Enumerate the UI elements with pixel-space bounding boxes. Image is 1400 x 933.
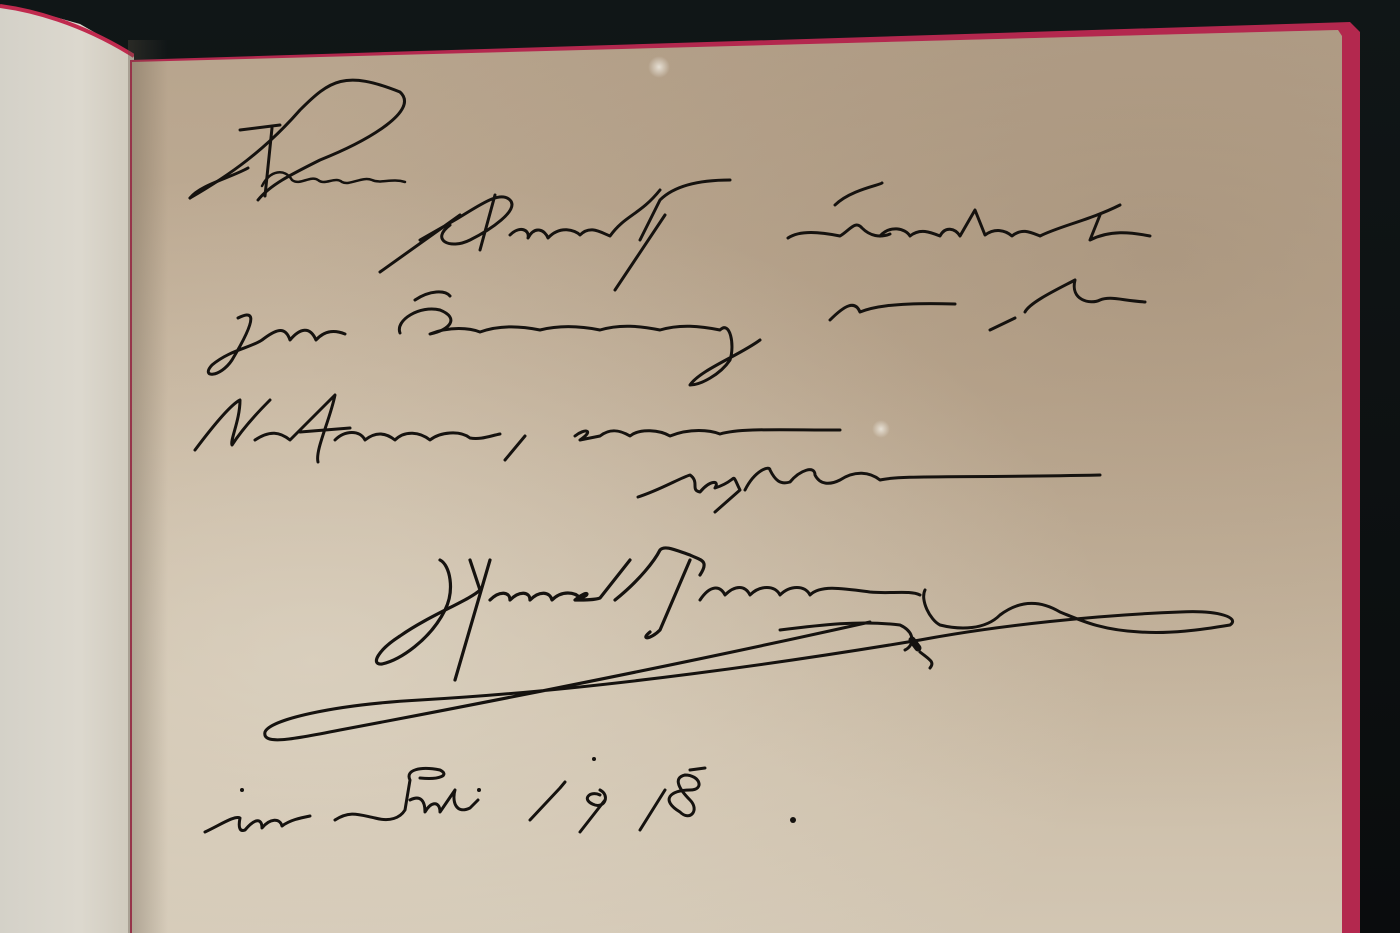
inscription-date: im Juli 1918.	[205, 770, 540, 830]
handwriting-graulich	[788, 183, 1150, 240]
inscription-signature: Heinz Tiemann	[380, 560, 841, 630]
inscription-line-3: zur Erinnerung an den	[205, 300, 712, 351]
photo-scene: Herrn Rudolf Graulich zur Erinnerung an …	[0, 0, 1400, 933]
inscription-recipient: Rudolf Graulich	[420, 200, 772, 251]
inscription-salutation: Herrn	[190, 150, 313, 196]
inscription-line-5: ergebenen	[640, 462, 835, 503]
inscription-line-4: Verfasser, seinem	[195, 400, 587, 451]
